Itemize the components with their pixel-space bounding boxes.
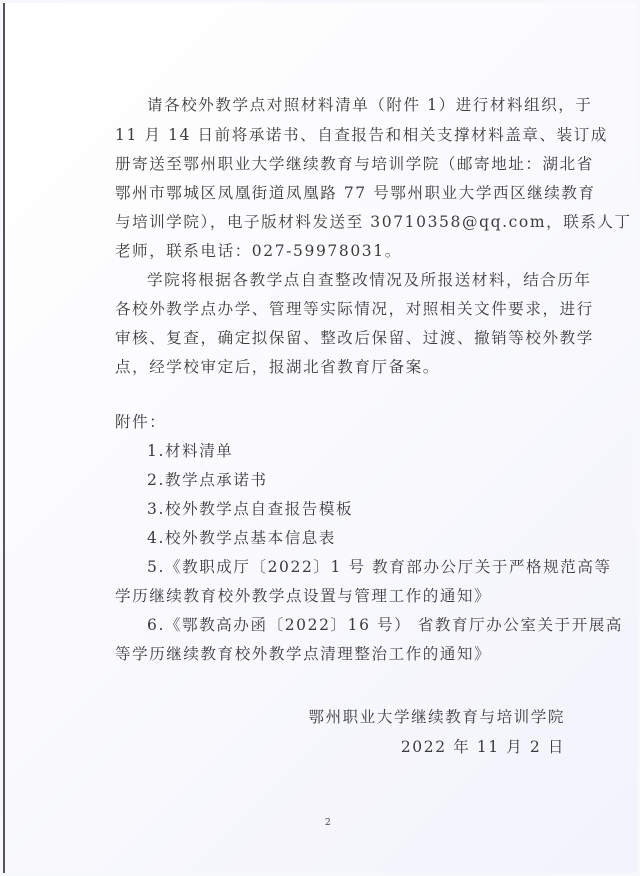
paragraph-1-line-6: 老师，联系电话：027-59978031。 — [115, 240, 402, 262]
attachments-label: 附件： — [115, 411, 166, 433]
paragraph-2-line-4: 点，经学校审定后，报湖北省教育厅备案。 — [115, 356, 440, 378]
paragraph-1-line-5: 与培训学院），电子版材料发送至 30710358@qq.com，联系人丁 — [115, 211, 632, 233]
attachment-item-1: 1.材料清单 — [147, 440, 233, 462]
signature-org: 鄂州职业大学继续教育与培训学院 — [308, 706, 565, 728]
paragraph-1-line-4: 鄂州市鄂城区凤凰街道凤凰路 77 号鄂州职业大学西区继续教育 — [115, 182, 596, 204]
attachment-item-4: 4.校外教学点基本信息表 — [147, 527, 336, 549]
document-page: 请各校外教学点对照材料清单（附件 1）进行材料组织，于 11 月 14 日前将承… — [3, 3, 637, 873]
paragraph-2-line-2: 各校外教学点办学、管理等实际情况，对照相关文件要求，进行 — [115, 298, 594, 320]
paragraph-1-line-3: 册寄送至鄂州职业大学继续教育与培训学院（邮寄地址：湖北省 — [115, 153, 594, 175]
attachment-item-5-cont: 学历继续教育校外教学点设置与管理工作的通知》 — [115, 585, 491, 607]
paragraph-2-line-1: 学院将根据各教学点自查整改情况及所报送材料，结合历年 — [147, 269, 592, 291]
attachment-item-6: 6.《鄂教高办函〔2022〕16 号） 省教育厅办公室关于开展高 — [147, 614, 623, 636]
attachment-item-3: 3.校外教学点自查报告模板 — [147, 498, 353, 520]
paragraph-1-line-2: 11 月 14 日前将承诺书、自查报告和相关支撑材料盖章、装订成 — [115, 124, 608, 146]
attachment-item-2: 2.教学点承诺书 — [147, 469, 268, 491]
attachment-item-6-cont: 等学历继续教育校外教学点清理整治工作的通知》 — [115, 643, 491, 665]
paragraph-1-line-1: 请各校外教学点对照材料清单（附件 1）进行材料组织，于 — [147, 94, 593, 116]
attachment-item-5: 5.《教职成厅〔2022〕1 号 教育部办公厅关于严格规范高等 — [147, 556, 612, 578]
page-number: 2 — [325, 818, 331, 828]
signature-date: 2022 年 11 月 2 日 — [401, 736, 565, 758]
paragraph-2-line-3: 审核、复查，确定拟保留、整改后保留、过渡、撤销等校外教学 — [115, 327, 594, 349]
